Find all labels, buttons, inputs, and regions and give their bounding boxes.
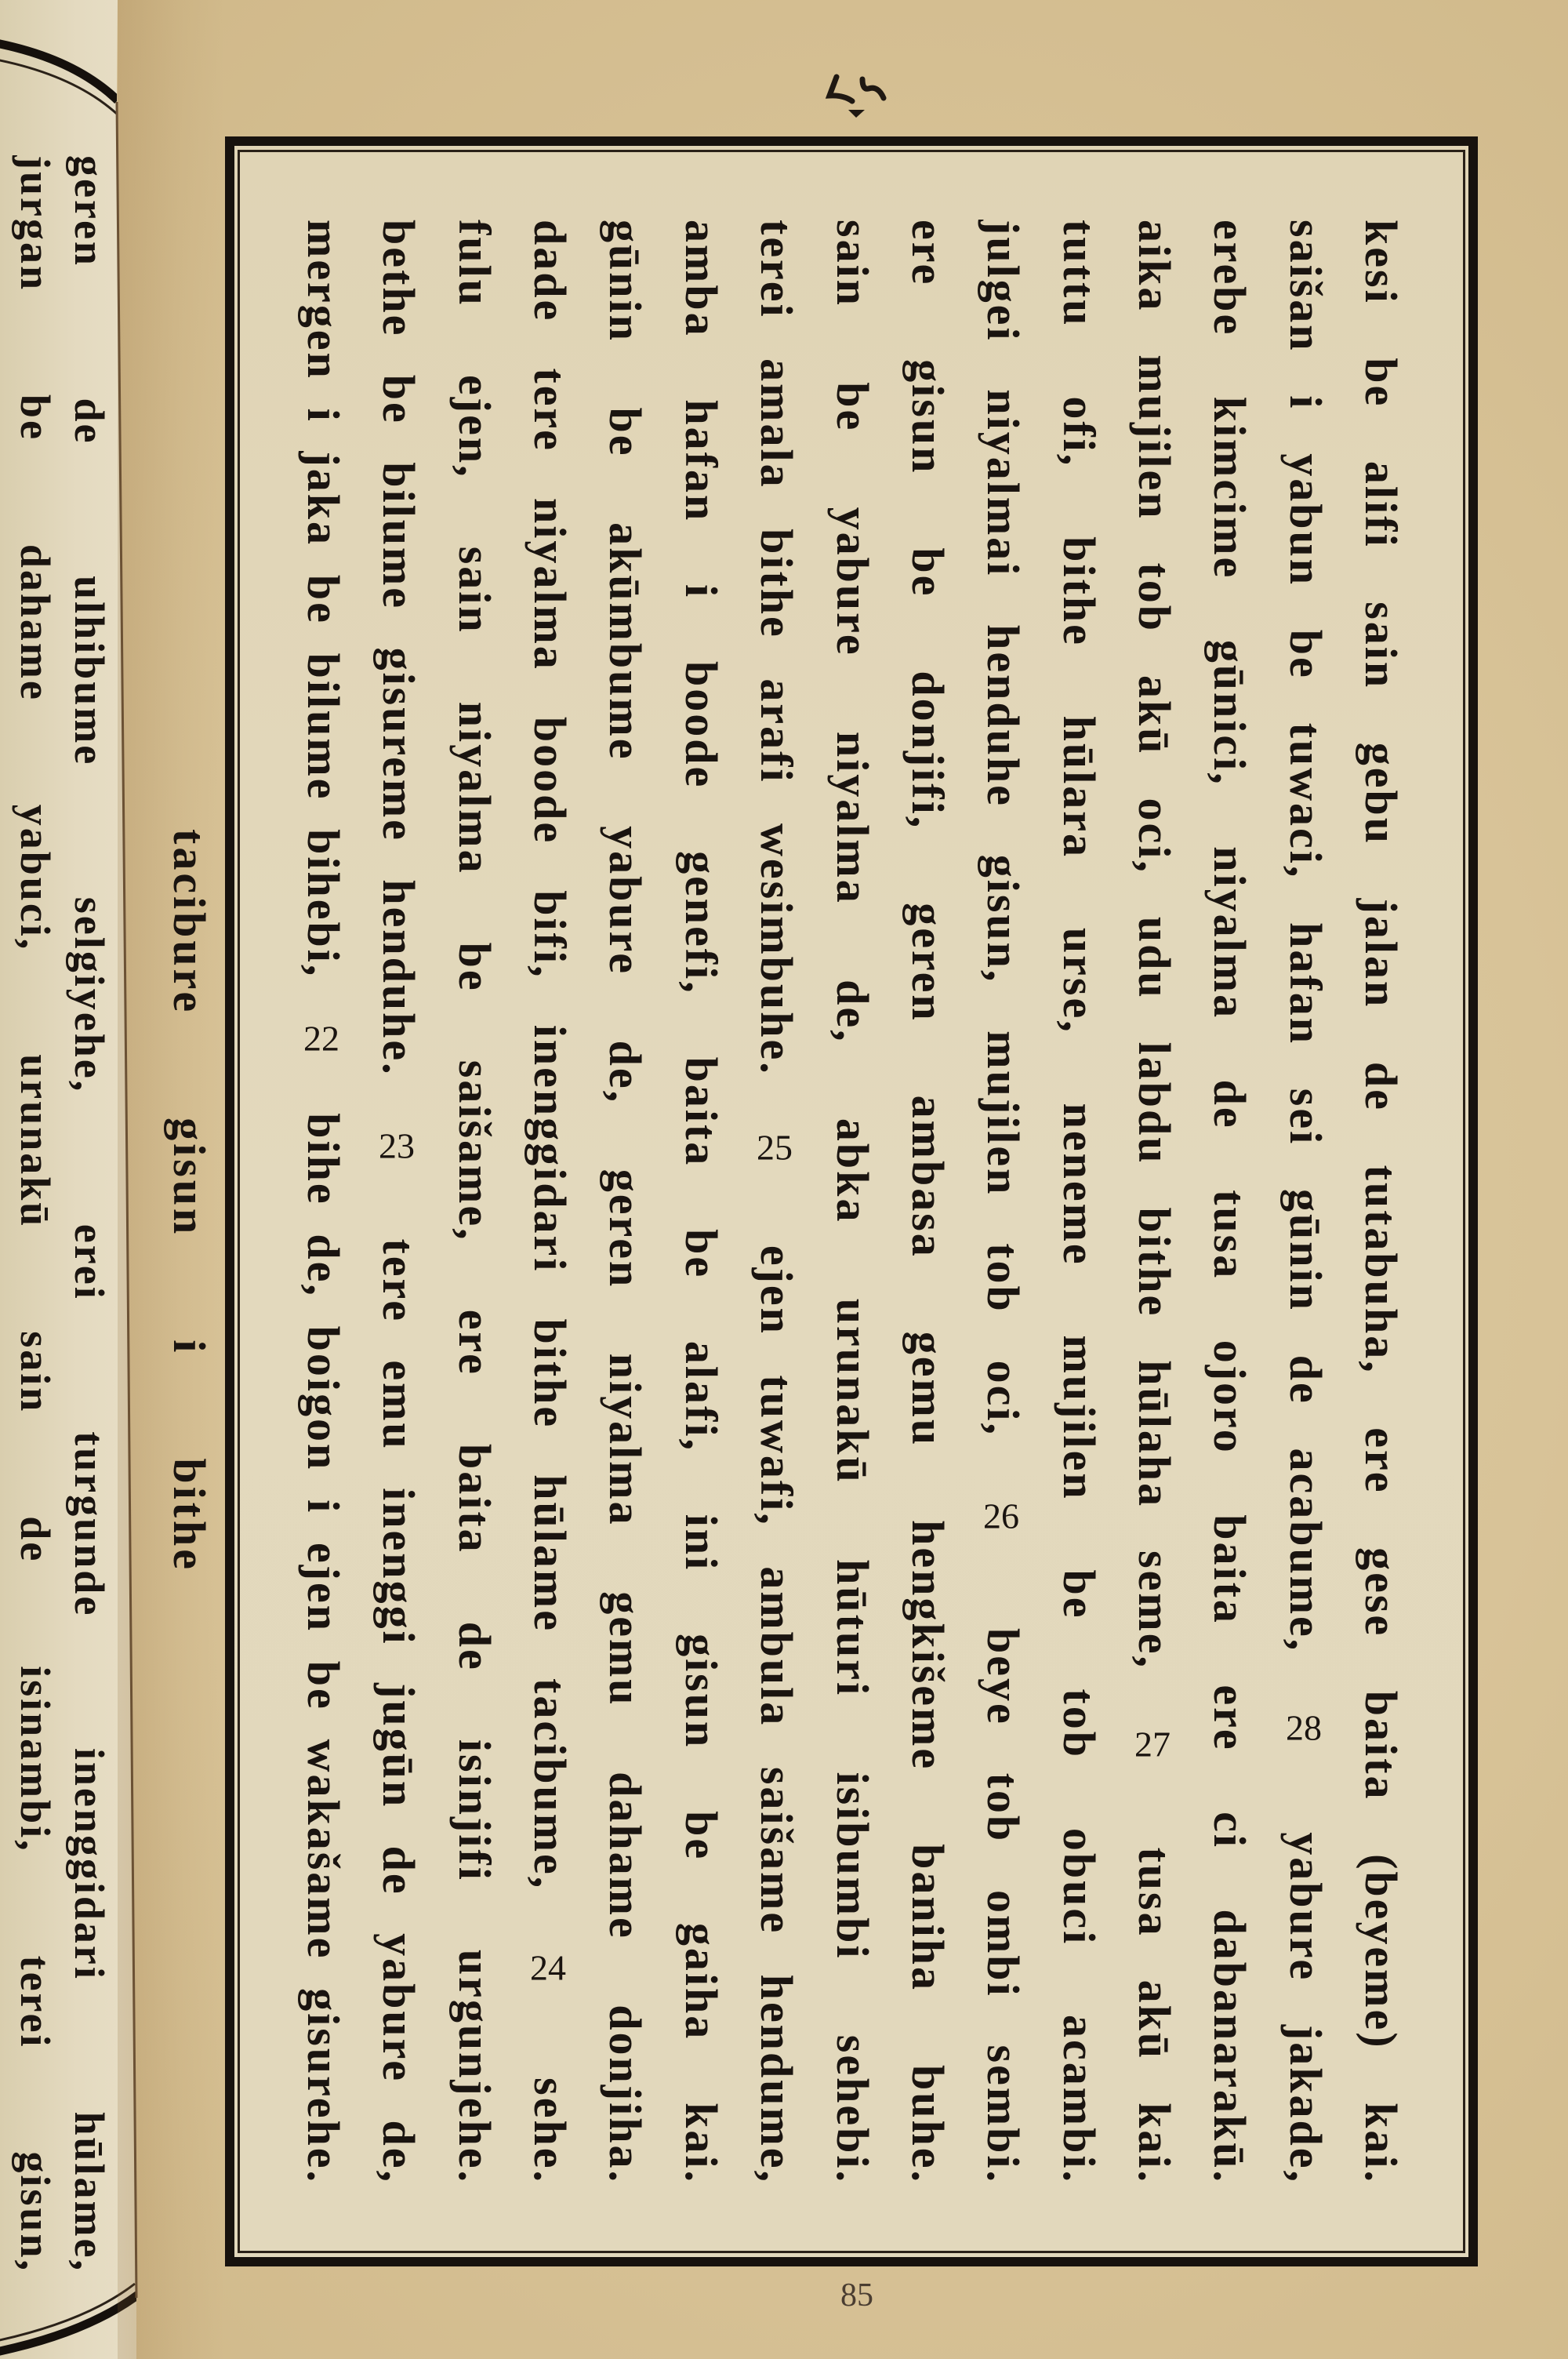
footnote-marker: 23 bbox=[379, 1128, 419, 1187]
text-column: gūnin be akūmbume yabure de, geren niyal… bbox=[597, 220, 653, 2184]
text-column: saišan i yabun be tuwaci, hafan sei gūni… bbox=[1277, 220, 1334, 2184]
header-page-mark: ᠘᠕ bbox=[815, 67, 894, 125]
title-text: tacibure gisun i bithe bbox=[164, 829, 215, 1572]
text-column: erebe kimcime gūnici, niyalma de tusa oj… bbox=[1201, 220, 1258, 2184]
column-text: beye tob ombi sembi. bbox=[978, 1628, 1029, 2184]
text-column: sain be yabure niyalma de, abka urunakū … bbox=[824, 220, 880, 2184]
text-column: ere gisun be donjifi, geren ambasa gemu … bbox=[899, 220, 956, 2184]
column-text: saišan i yabun be tuwaci, hafan sei gūni… bbox=[1280, 220, 1331, 1652]
text-column: aika mujilen tob akū oci, udu labdu bith… bbox=[1126, 220, 1182, 2184]
column-text: tere emu inenggi jugūn de yabure de, bbox=[373, 1238, 424, 2184]
footnote-marker: 25 bbox=[757, 1129, 797, 1191]
column-text: kesi be alifi sain gebu jalan de tutabuh… bbox=[1356, 220, 1406, 2184]
column-text: yabure jakade, bbox=[1280, 1832, 1331, 2184]
column-text: fulu ejen, sain niyalma be saišame, ere … bbox=[449, 220, 500, 2184]
chapter-title: tacibure gisun i bithe bbox=[161, 829, 217, 1572]
column-text: erebe kimcime gūnici, niyalma de tusa oj… bbox=[1204, 220, 1255, 2184]
text-column: mergen i jaka be bilume bihebi, 22 bihe … bbox=[295, 220, 351, 2184]
column-text: julgei niyalmai henduhe gisun, mujilen t… bbox=[978, 220, 1029, 1437]
column-text: aika mujilen tob akū oci, udu labdu bith… bbox=[1129, 220, 1180, 1670]
text-column: tuttu ofi, bithe hūlara urse, neneme muj… bbox=[1051, 220, 1107, 2184]
footnote-marker: 24 bbox=[530, 1950, 570, 2018]
text-column: amba hafan i boode genefi, baita be alaf… bbox=[673, 220, 729, 2184]
column-text: dade tere niyalma boode bifi, inenggidar… bbox=[524, 220, 575, 1890]
text-column: dade tere niyalma boode bifi, inenggidar… bbox=[521, 220, 578, 2184]
column-text: ejen tuwafi, ambula saišame hendume, bbox=[751, 1245, 802, 2184]
column-text: terei amala bithe arafi wesimbuhe. bbox=[751, 220, 802, 1076]
text-column: fulu ejen, sain niyalma be saišame, ere … bbox=[446, 220, 503, 2184]
column-text: amba hafan i boode genefi, baita be alaf… bbox=[676, 220, 727, 2184]
column-text: tusa akū kai. bbox=[1129, 1847, 1180, 2184]
column-text: tuttu ofi, bithe hūlara urse, neneme muj… bbox=[1054, 220, 1105, 2184]
footnote-marker: 26 bbox=[983, 1498, 1023, 1567]
column-text: sain be yabure niyalma de, abka urunakū … bbox=[827, 220, 878, 2184]
footnote-marker: 22 bbox=[303, 1020, 343, 1070]
page-edge-line bbox=[0, 0, 157, 2359]
page-number: 85 bbox=[826, 2277, 888, 2314]
text-column: terei amala bithe arafi wesimbuhe. 25 ej… bbox=[748, 220, 804, 2184]
header-page-mark-glyphs bbox=[815, 67, 894, 125]
column-text: sehe. bbox=[524, 2077, 575, 2184]
column-text: ere gisun be donjifi, geren ambasa gemu … bbox=[902, 220, 953, 2184]
column-text: bethe be bilume gisureme henduhe. bbox=[373, 220, 424, 1077]
column-text: mergen i jaka be bilume bihebi, bbox=[298, 220, 349, 978]
column-text: bihe de, boigon i ejen be wakašame gisur… bbox=[298, 1113, 349, 2184]
text-column: kesi be alifi sain gebu jalan de tutabuh… bbox=[1352, 220, 1409, 2184]
footnote-marker: 28 bbox=[1286, 1710, 1326, 1775]
footnote-marker: 27 bbox=[1134, 1726, 1174, 1790]
text-column: bethe be bilume gisureme henduhe. 23 ter… bbox=[370, 220, 426, 2184]
column-text: gūnin be akūmbume yabure de, geren niyal… bbox=[600, 220, 651, 2184]
text-column: julgei niyalmai henduhe gisun, mujilen t… bbox=[975, 220, 1031, 2184]
